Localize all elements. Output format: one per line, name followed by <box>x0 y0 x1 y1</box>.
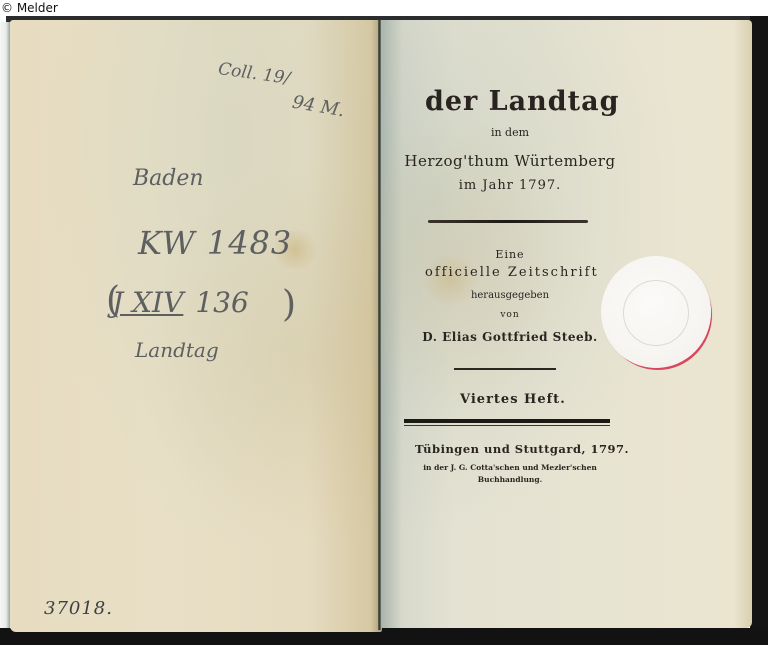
issue-label: Viertes Heft. <box>460 392 560 407</box>
imprint-publisher-line-1: in der J. G. Cotta'schen und Mezler'sche… <box>405 463 615 472</box>
location-note: Baden <box>133 166 204 191</box>
description-line-2: officielle Zeitschrift <box>425 265 595 280</box>
signature-prefix: J XIV <box>112 286 183 319</box>
description-line-1: Eine <box>475 248 545 261</box>
double-rule <box>404 419 610 423</box>
shelfmark-note: KW 1483 <box>138 224 292 262</box>
backdrop-left <box>0 22 10 628</box>
subject-note: Landtag <box>135 338 219 362</box>
imprint-place: Tübingen und Stuttgard, 1797. <box>415 442 600 456</box>
author-name: D. Elias Gottfried Steeb. <box>410 330 610 344</box>
signature-note: J XIV136 <box>112 286 249 319</box>
copyright-credit: © Melder <box>0 0 768 16</box>
subtitle-line-3: im Jahr 1797. <box>440 178 580 193</box>
backdrop-right <box>750 16 768 645</box>
imprint-publisher-line-2: Buchhandlung. <box>470 475 550 484</box>
ornamental-rule <box>428 220 588 223</box>
stamp-inner-ring <box>623 280 689 346</box>
signature-number: 136 <box>195 286 248 319</box>
subtitle-line-1: in dem <box>460 126 560 139</box>
book-title: der Landtag <box>425 86 595 117</box>
library-stamp-icon <box>601 256 711 368</box>
bracket-right: ) <box>282 284 296 325</box>
book-gutter <box>378 20 381 630</box>
double-rule-thin <box>404 425 610 426</box>
divider-rule <box>454 368 556 370</box>
description-line-4: von <box>490 310 530 320</box>
inventory-number: 37018. <box>44 598 113 619</box>
description-line-3: herausgegeben <box>460 290 560 301</box>
subtitle-line-2: Herzog'thum Würtemberg <box>400 152 620 170</box>
